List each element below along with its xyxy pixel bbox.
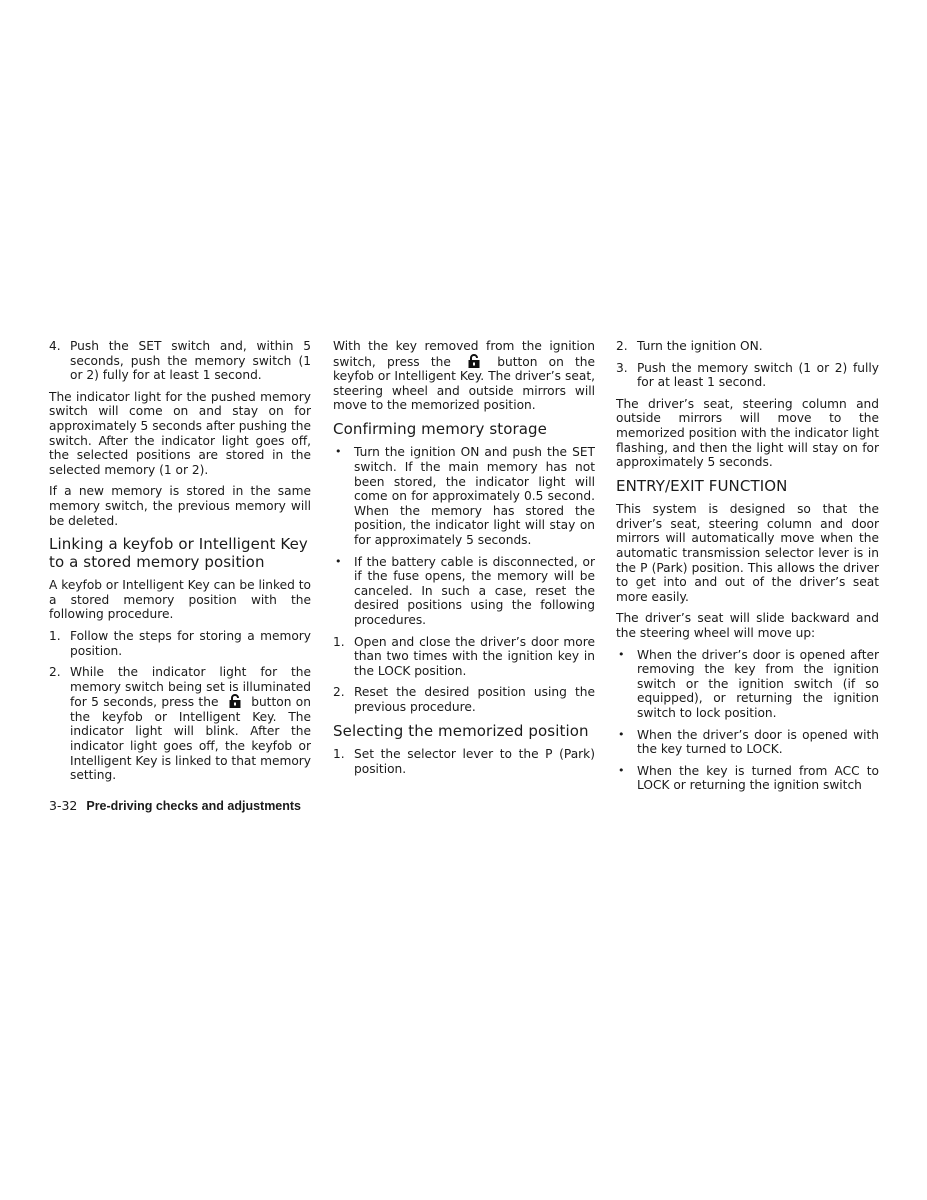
- step-number: 2.: [333, 685, 345, 700]
- entry-bullet-2: • When the driver’s door is opened with …: [616, 728, 879, 757]
- bullet-icon: •: [335, 555, 342, 570]
- step-number: 1.: [333, 747, 345, 762]
- unlock-icon: [229, 694, 241, 708]
- heading-linking-keyfob: Linking a keyfob or Intelligent Key to a…: [49, 536, 311, 571]
- indicator-light-paragraph: The indicator light for the pushed memor…: [49, 390, 311, 478]
- step-text: Open and close the driver’s door more th…: [354, 635, 595, 678]
- step-number: 1.: [49, 629, 61, 644]
- linking-step-1: 1. Follow the steps for storing a memory…: [49, 629, 311, 658]
- step-number: 2.: [49, 665, 61, 680]
- reset-step-1: 1. Open and close the driver’s door more…: [333, 635, 595, 679]
- bullet-text: When the driver’s door is opened with th…: [637, 728, 879, 757]
- system-design-paragraph: This system is designed so that the driv…: [616, 502, 879, 604]
- column-2: With the key removed from the ignition s…: [333, 339, 595, 783]
- column-3: 2. Turn the ignition ON. 3. Push the mem…: [616, 339, 879, 800]
- step-text: Turn the ignition ON.: [637, 339, 763, 353]
- step-text: Push the memory switch (1 or 2) fully fo…: [637, 361, 879, 390]
- section-title: Pre-driving checks and adjustments: [86, 799, 301, 813]
- select-step-2: 2. Turn the ignition ON.: [616, 339, 879, 354]
- column-1: 4. Push the SET switch and, within 5 sec…: [49, 339, 311, 790]
- memory-step-4: 4. Push the SET switch and, within 5 sec…: [49, 339, 311, 383]
- step-number: 3.: [616, 361, 628, 376]
- step-number: 4.: [49, 339, 61, 354]
- bullet-icon: •: [335, 445, 342, 460]
- bullet-icon: •: [618, 764, 625, 779]
- step-text: Follow the steps for storing a memory po…: [70, 629, 311, 658]
- select-step-1: 1. Set the selector lever to the P (Park…: [333, 747, 595, 776]
- bullet-text: When the driver’s door is opened after r…: [637, 648, 879, 720]
- unlock-icon: [468, 354, 480, 368]
- step-number: 2.: [616, 339, 628, 354]
- new-memory-paragraph: If a new memory is stored in the same me…: [49, 484, 311, 528]
- step-text: Push the SET switch and, within 5 second…: [70, 339, 311, 382]
- step-number: 1.: [333, 635, 345, 650]
- select-step-3: 3. Push the memory switch (1 or 2) fully…: [616, 361, 879, 390]
- bullet-text: Turn the ignition ON and push the SET sw…: [354, 445, 595, 547]
- entry-bullet-1: • When the driver’s door is opened after…: [616, 648, 879, 721]
- entry-bullet-3: • When the key is turned from ACC to LOC…: [616, 764, 879, 793]
- step-text: Set the selector lever to the P (Park) p…: [354, 747, 595, 776]
- bullet-icon: •: [618, 728, 625, 743]
- bullet-text: If the battery cable is disconnected, or…: [354, 555, 595, 627]
- step-text: Reset the desired position using the pre…: [354, 685, 595, 714]
- heading-confirming-memory: Confirming memory storage: [333, 421, 595, 439]
- bullet-icon: •: [618, 648, 625, 663]
- page-number: 3-32: [49, 798, 77, 813]
- page-footer: 3-32 Pre-driving checks and adjustments: [49, 798, 301, 814]
- heading-entry-exit: ENTRY/EXIT FUNCTION: [616, 478, 879, 496]
- bullet-text: When the key is turned from ACC to LOCK …: [637, 764, 879, 793]
- reset-step-2: 2. Reset the desired position using the …: [333, 685, 595, 714]
- confirming-bullet-2: • If the battery cable is disconnected, …: [333, 555, 595, 628]
- linking-step-2: 2. While the indicator light for the mem…: [49, 665, 311, 783]
- memorized-move-paragraph: The driver’s seat, steering column and o…: [616, 397, 879, 470]
- confirming-bullet-1: • Turn the ignition ON and push the SET …: [333, 445, 595, 547]
- linking-intro-paragraph: A keyfob or Intelligent Key can be linke…: [49, 578, 311, 622]
- key-removed-paragraph: With the key removed from the ignition s…: [333, 339, 595, 413]
- seat-slide-paragraph: The driver’s seat will slide backward an…: [616, 611, 879, 640]
- heading-selecting-position: Selecting the memorized position: [333, 723, 595, 741]
